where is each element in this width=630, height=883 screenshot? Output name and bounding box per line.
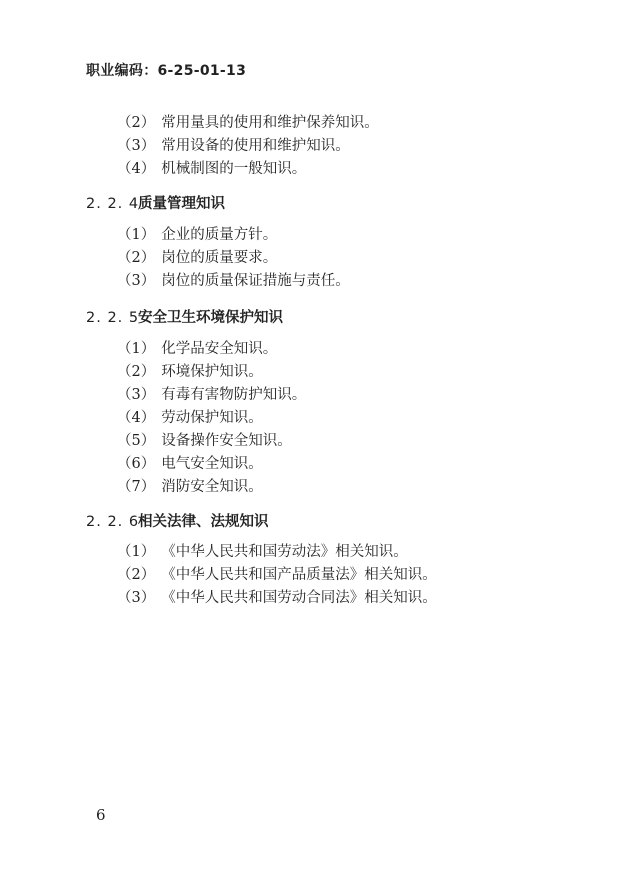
list-item: （1）《中华人民共和国劳动法》相关知识。: [117, 541, 437, 564]
item-text: 化学品安全知识。: [161, 341, 277, 357]
item-number: （2）: [117, 564, 155, 587]
item-number: （2）: [117, 247, 155, 270]
item-number: （5）: [117, 430, 155, 453]
intro-list: （2）常用量具的使用和维护保养知识。 （3）常用设备的使用和维护知识。 （4）机…: [117, 112, 379, 181]
item-number: （4）: [117, 407, 155, 430]
section-number: 2. 2. 6: [86, 514, 138, 530]
item-number: （3）: [117, 135, 155, 158]
section-number: 2. 2. 4: [86, 196, 138, 212]
list-item: （3）岗位的质量保证措施与责任。: [117, 270, 350, 293]
item-text: 岗位的质量要求。: [161, 250, 277, 266]
item-number: （1）: [117, 541, 155, 564]
item-number: （7）: [117, 476, 155, 499]
item-number: （2）: [117, 361, 155, 384]
section-heading-2-2-6: 2. 2. 6相关法律、法规知识: [86, 510, 269, 531]
item-text: 劳动保护知识。: [161, 410, 263, 426]
running-header: 职业编码：6-25-01-13: [86, 60, 246, 80]
item-number: （3）: [117, 270, 155, 293]
list-item: （3）常用设备的使用和维护知识。: [117, 135, 379, 158]
list-item: （1）化学品安全知识。: [117, 338, 306, 361]
list-item: （3）《中华人民共和国劳动合同法》相关知识。: [117, 587, 437, 610]
list-item: （2）岗位的质量要求。: [117, 247, 350, 270]
list-item: （2）常用量具的使用和维护保养知识。: [117, 112, 379, 135]
list-item: （4）机械制图的一般知识。: [117, 158, 379, 181]
list-item: （3）有毒有害物防护知识。: [117, 384, 306, 407]
section-list-2-2-5: （1）化学品安全知识。 （2）环境保护知识。 （3）有毒有害物防护知识。 （4）…: [117, 338, 306, 499]
item-text: 常用量具的使用和维护保养知识。: [161, 115, 379, 131]
item-number: （6）: [117, 453, 155, 476]
item-text: 企业的质量方针。: [161, 227, 277, 243]
item-text: 《中华人民共和国劳动法》相关知识。: [161, 544, 408, 560]
item-number: （3）: [117, 384, 155, 407]
item-text: 电气安全知识。: [161, 456, 263, 472]
document-page: 职业编码：6-25-01-13 （2）常用量具的使用和维护保养知识。 （3）常用…: [0, 0, 630, 883]
list-item: （6）电气安全知识。: [117, 453, 306, 476]
item-text: 岗位的质量保证措施与责任。: [161, 273, 350, 289]
list-item: （2）环境保护知识。: [117, 361, 306, 384]
item-text: 常用设备的使用和维护知识。: [161, 138, 350, 154]
list-item: （2）《中华人民共和国产品质量法》相关知识。: [117, 564, 437, 587]
list-item: （4）劳动保护知识。: [117, 407, 306, 430]
item-text: 有毒有害物防护知识。: [161, 387, 306, 403]
section-heading-2-2-5: 2. 2. 5安全卫生环境保护知识: [86, 306, 283, 327]
list-item: （1）企业的质量方针。: [117, 224, 350, 247]
item-number: （3）: [117, 587, 155, 610]
item-number: （1）: [117, 224, 155, 247]
item-number: （1）: [117, 338, 155, 361]
list-item: （5）设备操作安全知识。: [117, 430, 306, 453]
section-title: 相关法律、法规知识: [138, 514, 269, 530]
section-title: 质量管理知识: [138, 196, 225, 212]
item-text: 消防安全知识。: [161, 479, 263, 495]
list-item: （7）消防安全知识。: [117, 476, 306, 499]
section-title: 安全卫生环境保护知识: [138, 310, 283, 326]
item-text: 设备操作安全知识。: [161, 433, 292, 449]
section-list-2-2-6: （1）《中华人民共和国劳动法》相关知识。 （2）《中华人民共和国产品质量法》相关…: [117, 541, 437, 610]
item-number: （4）: [117, 158, 155, 181]
item-text: 《中华人民共和国产品质量法》相关知识。: [161, 567, 437, 583]
item-text: 《中华人民共和国劳动合同法》相关知识。: [161, 590, 437, 606]
item-text: 环境保护知识。: [161, 364, 263, 380]
page-number: 6: [96, 806, 106, 824]
section-list-2-2-4: （1）企业的质量方针。 （2）岗位的质量要求。 （3）岗位的质量保证措施与责任。: [117, 224, 350, 293]
item-number: （2）: [117, 112, 155, 135]
section-number: 2. 2. 5: [86, 310, 138, 326]
item-text: 机械制图的一般知识。: [161, 161, 306, 177]
section-heading-2-2-4: 2. 2. 4质量管理知识: [86, 192, 225, 213]
